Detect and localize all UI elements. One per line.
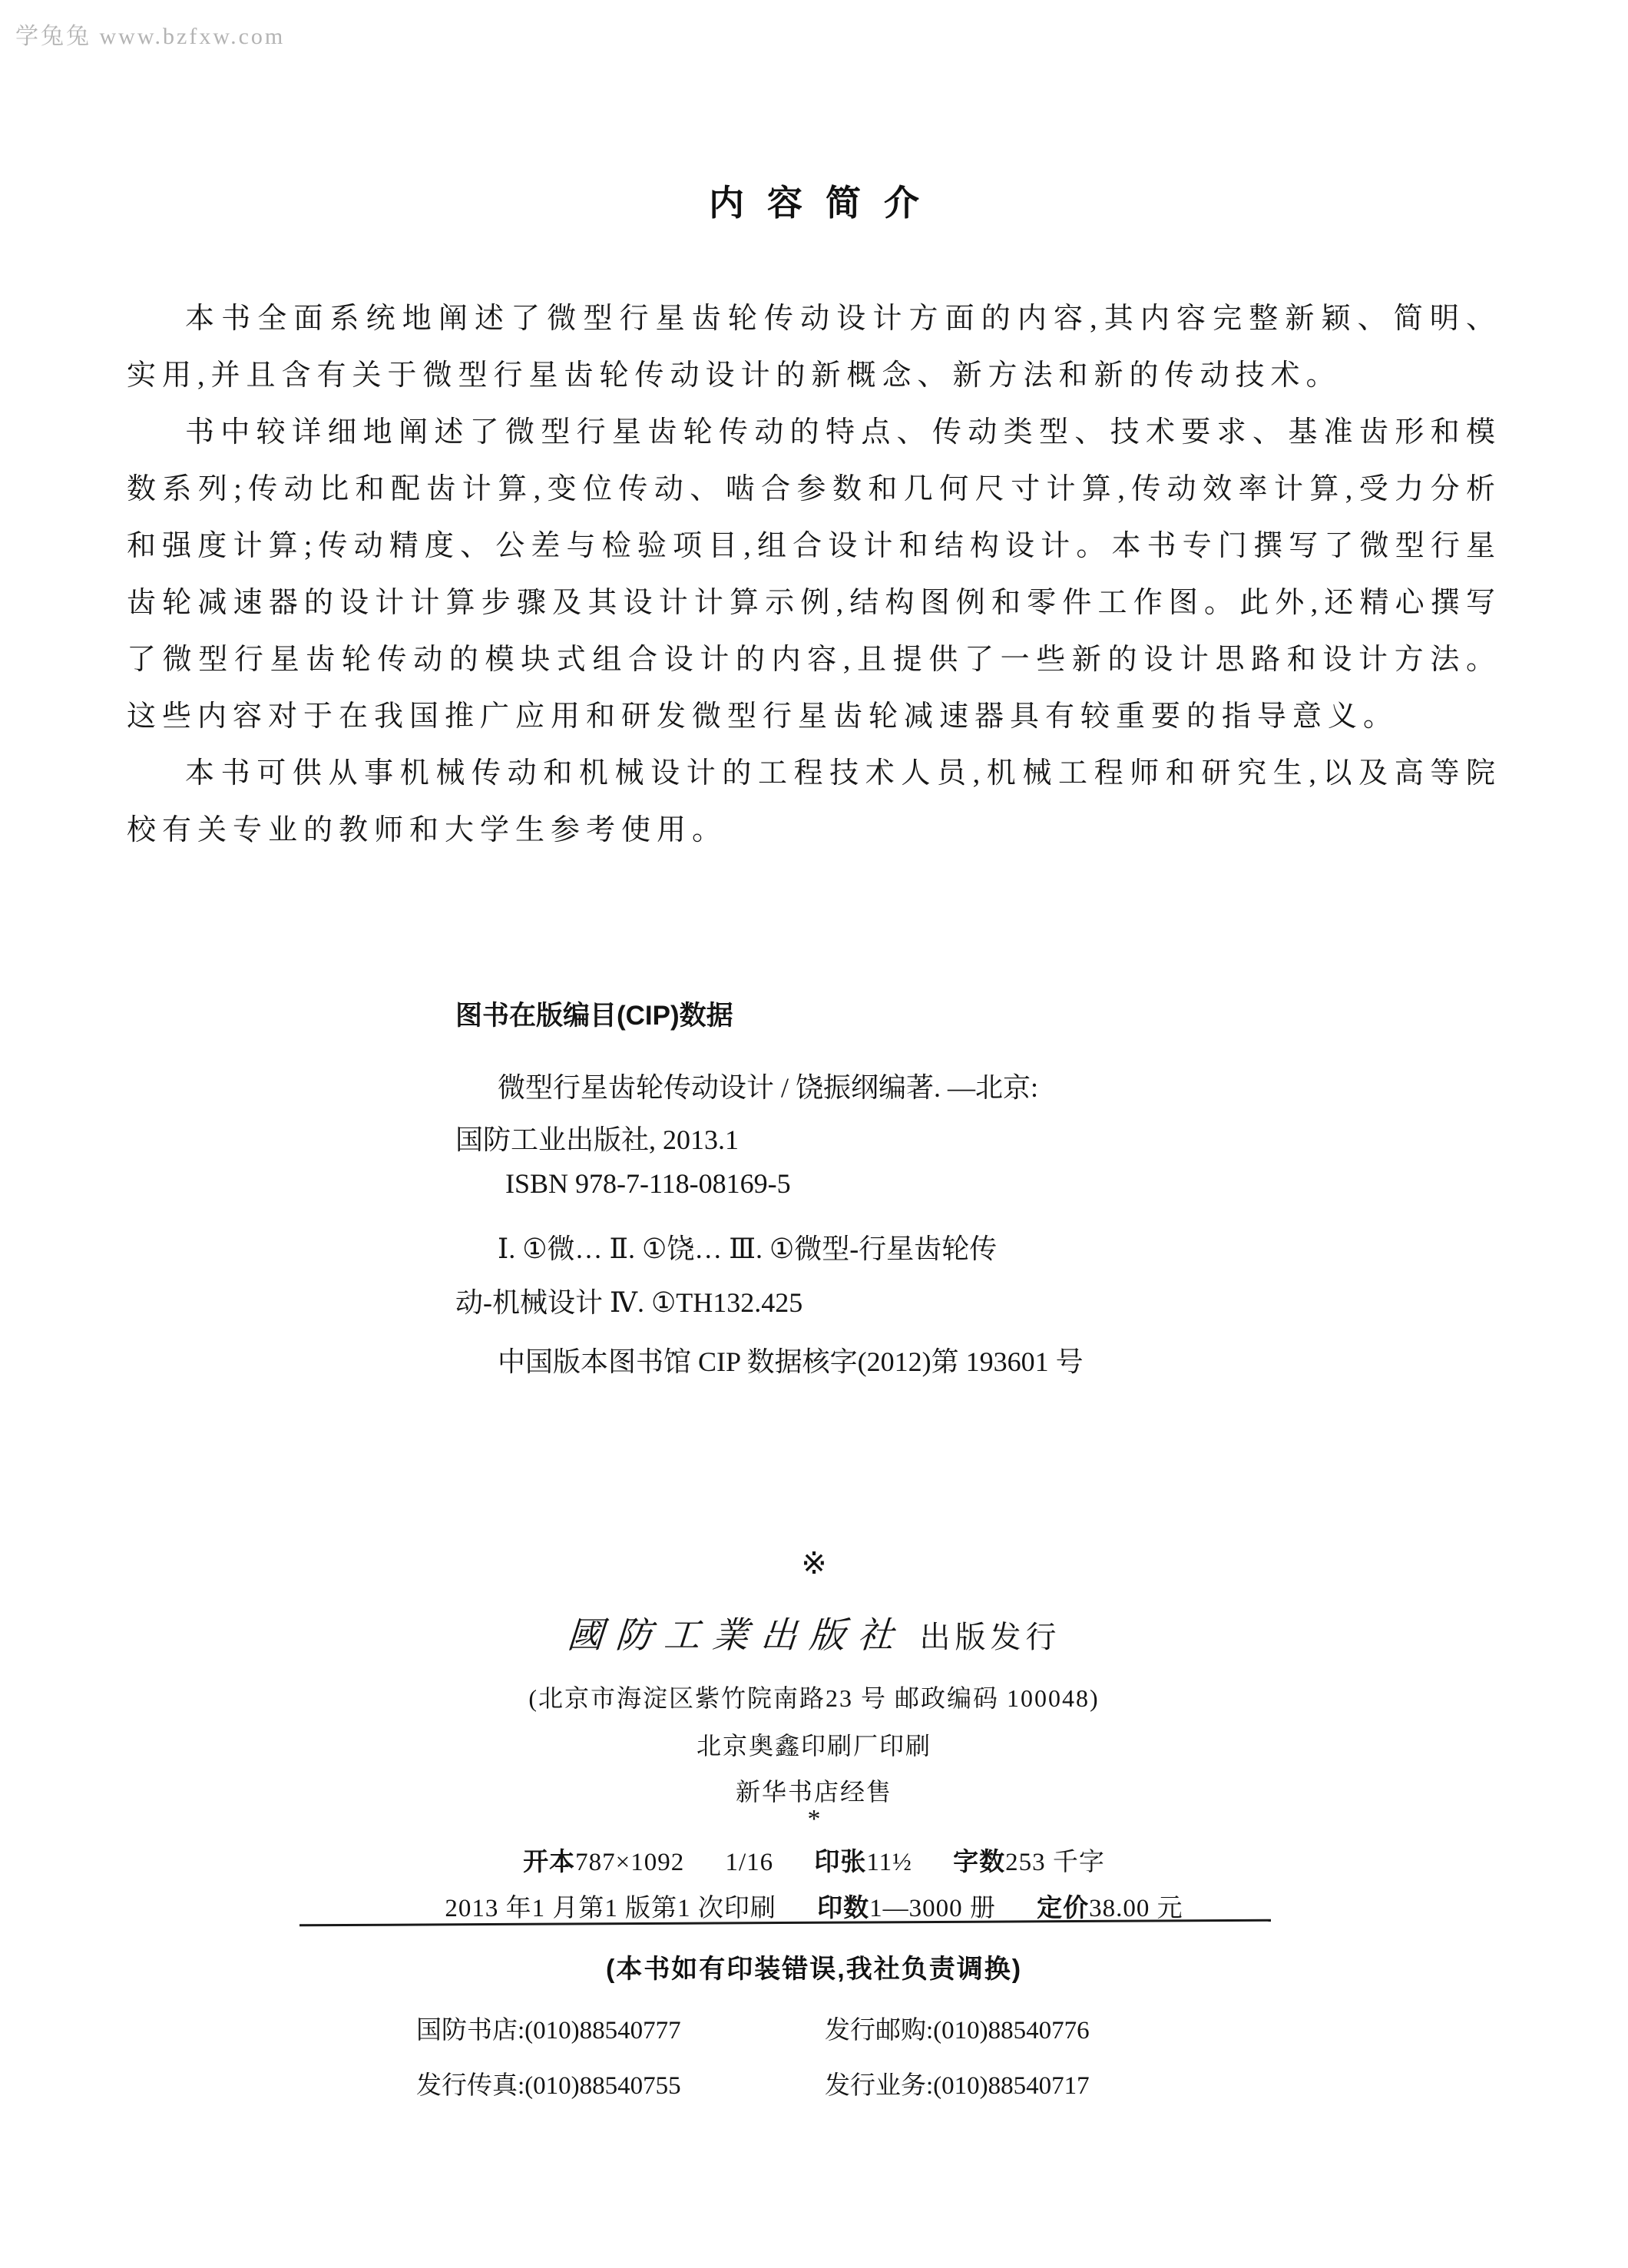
phone-fax: 发行传真:(010)88540755 xyxy=(416,2068,825,2104)
watermark: 学兔兔 www.bzfxw.com xyxy=(15,17,285,51)
phone-mail-order: 发行邮购:(010)88540776 xyxy=(825,2012,1090,2049)
intro-paragraph-1: 本书全面系统地阐述了微型行星齿轮传动设计方面的内容,其内容完整新颖、简明、实用,… xyxy=(127,290,1501,404)
publisher-script-name: 國防工業出版社 xyxy=(565,1607,908,1658)
reference-mark-icon: ※ xyxy=(0,1545,1628,1581)
copyright-page: 学兔兔 www.bzfxw.com 内容简介 本书全面系统地阐述了微型行星齿轮传… xyxy=(0,0,1628,2268)
publisher-release-label: 出版发行 xyxy=(920,1613,1061,1657)
contact-phones: 国防书店:(010)88540777 发行邮购:(010)88540776 发行… xyxy=(416,2012,1090,2104)
print-run-line: 2013 年1 月第1 版第1 次印刷 印数1—3000 册 定价38.00 元 xyxy=(0,1888,1628,1924)
cip-publisher-line: 国防工业出版社, 2013.1 xyxy=(455,1118,739,1157)
print-segment: 印数1—3000 册 xyxy=(817,1888,996,1924)
intro-paragraph-3: 本书可供从事机械传动和机械设计的工程技术人员,机械工程师和研究生,以及高等院校有… xyxy=(127,745,1501,859)
price-segment: 定价38.00 元 xyxy=(1037,1888,1183,1924)
distributor-line: 新华书店经售 xyxy=(0,1773,1628,1808)
phone-business: 发行业务:(010)88540717 xyxy=(825,2068,1090,2104)
format-line: 开本787×1092 1/16 印张11½ 字数253 千字 xyxy=(0,1842,1628,1878)
print-segment: 2013 年1 月第1 版第1 次印刷 xyxy=(445,1888,776,1924)
intro-paragraph-2: 书中较详细地阐述了微型行星齿轮传动的特点、传动类型、技术要求、基准齿形和模数系列… xyxy=(127,404,1501,745)
cip-isbn: ISBN 978-7-118-08169-5 xyxy=(505,1167,791,1200)
format-segment: 1/16 xyxy=(725,1847,773,1877)
printer-line: 北京奥鑫印刷厂印刷 xyxy=(0,1727,1628,1762)
format-segment: 字数253 千字 xyxy=(953,1842,1105,1878)
cip-title-line: 微型行星齿轮传动设计 / 饶振纲编著. —北京: xyxy=(498,1066,1038,1105)
format-segment: 印张11½ xyxy=(814,1842,912,1878)
phone-defense-bookstore: 国防书店:(010)88540777 xyxy=(416,2012,825,2049)
publisher-line: 國防工業出版社 出版发行 xyxy=(0,1607,1628,1658)
page-title: 内容简介 xyxy=(0,175,1628,226)
asterisk-divider: * xyxy=(0,1805,1628,1834)
errata-notice: (本书如有印装错误,我社负责调换) xyxy=(0,1948,1628,1985)
cip-classification-1: Ⅰ. ①微… Ⅱ. ①饶… Ⅲ. ①微型-行星齿轮传 xyxy=(498,1227,997,1266)
cip-record-number: 中国版本图书馆 CIP 数据核字(2012)第 193601 号 xyxy=(498,1340,1084,1379)
cip-classification-2: 动-机械设计 Ⅳ. ①TH132.425 xyxy=(455,1281,802,1320)
format-segment: 开本787×1092 xyxy=(523,1842,684,1878)
cip-heading: 图书在版编目(CIP)数据 xyxy=(455,995,733,1033)
publisher-address: (北京市海淀区紫竹院南路23 号 邮政编码 100048) xyxy=(0,1679,1628,1714)
intro-section: 本书全面系统地阐述了微型行星齿轮传动设计方面的内容,其内容完整新颖、简明、实用,… xyxy=(127,290,1501,859)
